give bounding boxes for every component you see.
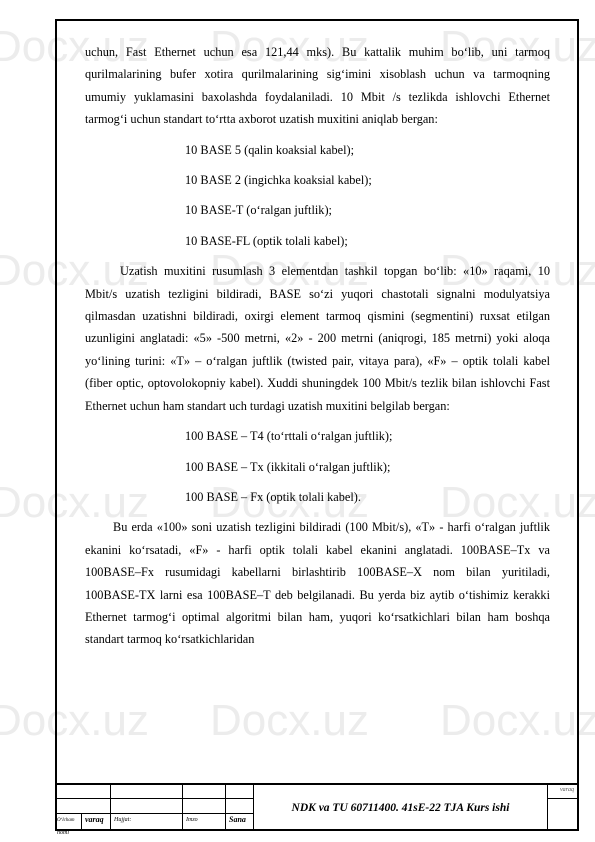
stamp-cell-varaq: varaq	[82, 814, 111, 830]
stamp-cell	[183, 799, 226, 814]
stamp-cell	[183, 785, 226, 799]
stamp-cell	[111, 785, 183, 799]
document-body: uchun, Fast Ethernet uchun esa 121,44 mk…	[85, 41, 550, 651]
stamp-cell-hujjat: Hujjat:	[111, 814, 183, 830]
list-item: 10 BASE-FL (optik tolali kabel);	[85, 230, 550, 252]
title-block-stamp: O‘lcham varaq Hujjat: Imzo Sana NDK va T…	[55, 783, 577, 830]
media-list-10mbit: 10 BASE 5 (qalin koaksial kabel); 10 BAS…	[85, 139, 550, 253]
paragraph: Uzatish muxitini rusumlash 3 elementdan …	[85, 260, 550, 417]
stamp-cell	[226, 799, 254, 814]
stamp-cell-imzo: Imzo	[183, 814, 226, 830]
stamp-cell	[111, 799, 183, 814]
list-item: 100 BASE – Tx (ikkitali o‘ralgan juftlik…	[85, 456, 550, 478]
stamp-cell	[226, 785, 254, 799]
stamp-cell-varaq-right: varaq	[548, 785, 577, 799]
list-item: 100 BASE – T4 (to‘rttali o‘ralgan juftli…	[85, 425, 550, 447]
list-item: 100 BASE – Fx (optik tolali kabel).	[85, 486, 550, 508]
media-list-100mbit: 100 BASE – T4 (to‘rttali o‘ralgan juftli…	[85, 425, 550, 508]
stamp-cell-olcham: O‘lcham	[55, 814, 82, 830]
stamp-cell	[55, 785, 111, 799]
list-item: 10 BASE 5 (qalin koaksial kabel);	[85, 139, 550, 161]
stamp-cell	[55, 799, 111, 814]
list-item: 10 BASE-T (o‘ralgan juftlik);	[85, 199, 550, 221]
stamp-cell-sana: Sana	[226, 814, 254, 830]
list-item: 10 BASE 2 (ingichka koaksial kabel);	[85, 169, 550, 191]
stamp-label-overflow: nomi	[57, 830, 69, 836]
paragraph: Bu erda «100» soni uzatish tezligini bil…	[85, 516, 550, 650]
document-code-title: NDK va TU 60711400. 41sE-22 TJA Kurs ish…	[254, 785, 548, 830]
paragraph: uchun, Fast Ethernet uchun esa 121,44 mk…	[85, 41, 550, 131]
